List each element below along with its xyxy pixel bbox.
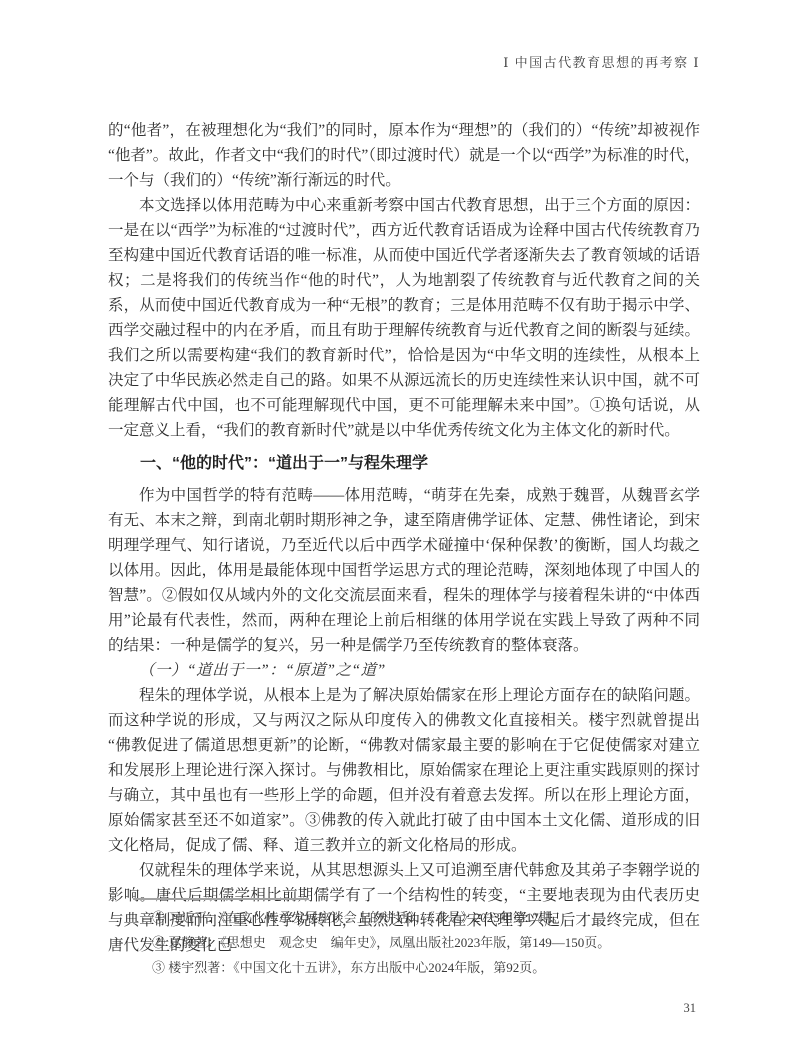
footnote-2: ② 夏静著：《思想史 观念史 编年史》，凤凰出版社2023年版，第149—150… [108, 930, 700, 955]
footnote-3: ③ 楼宇烈著：《中国文化十五讲》，东方出版中心2024年版，第92页。 [108, 955, 700, 980]
footnote-1: ① 习近平：《在文化传承发展座谈会上的讲话》，《求是》2023年第17期。 [108, 905, 700, 930]
running-header: Ⅰ 中国古代教育思想的再考察 Ⅰ [503, 52, 700, 71]
footnote-divider [133, 898, 309, 900]
footnotes-block: ① 习近平：《在文化传承发展座谈会上的讲话》，《求是》2023年第17期。 ② … [108, 898, 700, 980]
document-page: Ⅰ 中国古代教育思想的再考察 Ⅰ 的“他者”，在被理想化为“我们”的同时，原本作… [0, 0, 800, 1059]
page-body: 的“他者”，在被理想化为“我们”的同时，原本作为“理想”的（我们的）“传统”却被… [108, 118, 700, 958]
body-paragraph-tiyong: 作为中国哲学的特有范畴——体用范畴，“萌芽在先秦，成熟于魏晋，从魏晋玄学有无、本… [108, 483, 700, 658]
body-paragraph-reasons: 本文选择以体用范畴为中心来重新考察中国古代教育思想，出于三个方面的原因：一是在以… [108, 193, 700, 443]
section-heading-1: 一、“他的时代”：“道出于一”与程朱理学 [108, 451, 700, 476]
page-number: 31 [684, 1001, 697, 1016]
body-paragraph-continued: 的“他者”，在被理想化为“我们”的同时，原本作为“理想”的（我们的）“传统”却被… [108, 118, 700, 193]
subsection-heading-1: （一）“道出于一”：“原道”之“道” [108, 658, 700, 683]
body-paragraph-chengzhu: 程朱的理体学说，从根本上是为了解决原始儒家在形上理论方面存在的缺陷问题。而这种学… [108, 683, 700, 858]
